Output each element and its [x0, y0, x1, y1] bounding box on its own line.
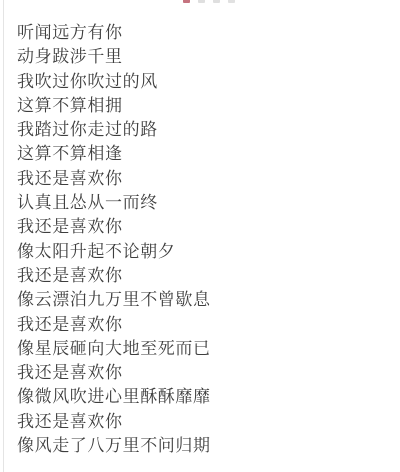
lyric-line: 这算不算相逢: [17, 142, 390, 166]
lyric-line: 像星辰砸向大地至死而已: [17, 337, 390, 361]
lyrics-panel[interactable]: 听闻远方有你 动身跋涉千里 我吹过你吹过的风 这算不算相拥 我踏过你走过的路 这…: [0, 0, 400, 458]
lyric-line: 像云漂泊九万里不曾歇息: [17, 288, 390, 312]
lyric-line: 我踏过你走过的路: [17, 118, 390, 142]
lyric-line: 动身跋涉千里: [17, 45, 390, 69]
lyric-line: 我还是喜欢你: [17, 361, 390, 385]
lyric-line: 认真且怂从一而终: [17, 191, 390, 215]
lyric-line: 像风走了八万里不问归期: [17, 434, 390, 458]
lyric-line: 我还是喜欢你: [17, 313, 390, 337]
lyric-line: 像太阳升起不论朝夕: [17, 240, 390, 264]
lyric-line: 我还是喜欢你: [17, 215, 390, 239]
lyric-line: 我还是喜欢你: [17, 410, 390, 434]
lyric-line: 这算不算相拥: [17, 94, 390, 118]
lyric-line: 我吹过你吹过的风: [17, 70, 390, 94]
lyric-line: 像微风吹进心里酥酥靡靡: [17, 385, 390, 409]
lyric-line: 听闻远方有你: [17, 21, 390, 45]
lyric-line: 我还是喜欢你: [17, 264, 390, 288]
lyric-line: 我还是喜欢你: [17, 167, 390, 191]
